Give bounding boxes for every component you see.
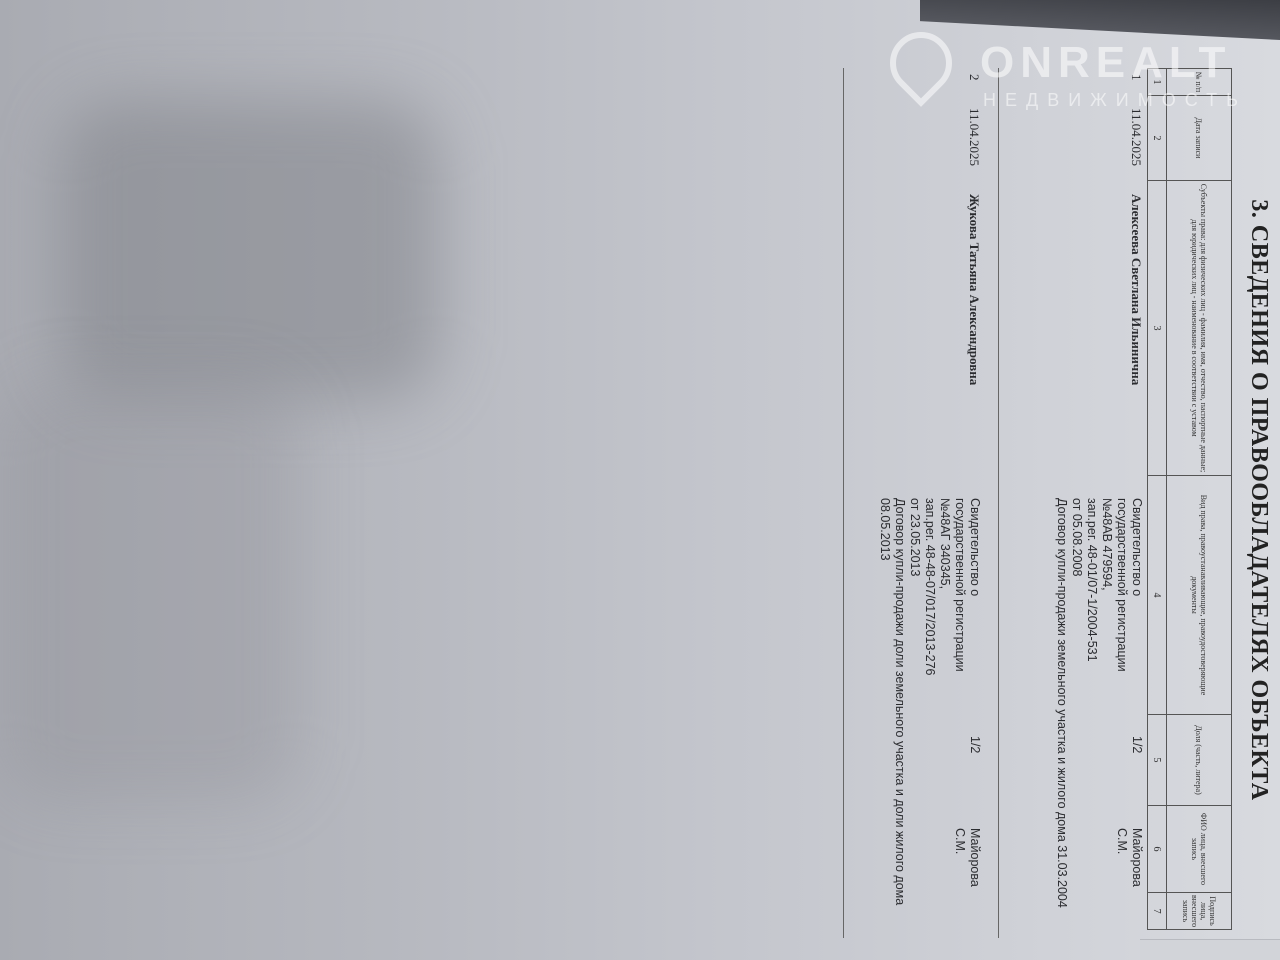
background-edge bbox=[920, 0, 1280, 40]
row-share: 1/2 bbox=[968, 736, 982, 753]
row-subject: Алексеева Светлана Ильинична bbox=[1128, 194, 1144, 385]
row-number: 1 bbox=[1128, 74, 1144, 81]
certificate-text: Свидетельство о государственной регистра… bbox=[937, 498, 982, 678]
col-num-2: 2 bbox=[1148, 96, 1167, 181]
row-recorded-by: Майорова С.М. bbox=[952, 828, 982, 898]
header-date: Дата записи bbox=[1167, 96, 1232, 181]
document-sheet: 3. СВЕДЕНИЯ О ПРАВООБЛАДАТЕЛЯХ ОБЪЕКТА №… bbox=[720, 40, 1280, 940]
row-recorded-by: Майорова С.М. bbox=[1114, 828, 1144, 898]
contract-text: Договор купли-продажи доли земельного уч… bbox=[877, 498, 907, 918]
certificate-text: Свидетельство о государственной регистра… bbox=[1099, 498, 1144, 678]
contract-text: Договор купли-продажи земельного участка… bbox=[1054, 498, 1069, 918]
row-divider bbox=[843, 68, 844, 938]
hand-shadow-lower bbox=[0, 380, 300, 800]
header-share: Доля (часть, литера) bbox=[1167, 715, 1232, 806]
row-date: 11.04.2025 bbox=[966, 108, 982, 166]
registration-text: зап.рег. 48-48-07/017/2013-276 от 23.05.… bbox=[907, 498, 937, 688]
column-number-row: 1 2 3 4 5 6 7 bbox=[1148, 69, 1167, 930]
row-number: 2 bbox=[966, 74, 982, 81]
col-num-4: 4 bbox=[1148, 476, 1167, 715]
col-num-6: 6 bbox=[1148, 806, 1167, 893]
row-date: 11.04.2025 bbox=[1128, 108, 1144, 166]
row-divider bbox=[998, 68, 999, 938]
col-num-5: 5 bbox=[1148, 715, 1167, 806]
registration-text: зап.рег. 48-01/07-1/2004-531 от 05.08.20… bbox=[1069, 498, 1099, 668]
row-subject: Жукова Татьяна Александровна bbox=[966, 194, 982, 385]
table-header-row: № п/п Дата записи Субъекты права: для фи… bbox=[1167, 69, 1232, 930]
row-right-documents: Свидетельство о государственной регистра… bbox=[877, 498, 982, 838]
rights-holders-table: № п/п Дата записи Субъекты права: для фи… bbox=[1147, 68, 1232, 930]
row-right-documents: Свидетельство о государственной регистра… bbox=[1054, 498, 1144, 838]
hand-shadow bbox=[60, 100, 440, 400]
header-recorded-by: ФИО лица, внесшего запись bbox=[1167, 806, 1232, 893]
col-num-3: 3 bbox=[1148, 181, 1167, 476]
header-subject: Субъекты права: для физических лиц - фам… bbox=[1167, 181, 1232, 476]
col-num-1: 1 bbox=[1148, 69, 1167, 96]
header-number: № п/п bbox=[1167, 69, 1232, 96]
header-right-type: Вид права, правоустанавливающие, правоуд… bbox=[1167, 476, 1232, 715]
page-edge bbox=[1140, 939, 1280, 960]
col-num-7: 7 bbox=[1148, 893, 1167, 930]
header-signature: Подпись лица, внесшего запись bbox=[1167, 893, 1232, 930]
row-share: 1/2 bbox=[1130, 736, 1144, 753]
document-title: 3. СВЕДЕНИЯ О ПРАВООБЛАДАТЕЛЯХ ОБЪЕКТА bbox=[1245, 100, 1272, 900]
